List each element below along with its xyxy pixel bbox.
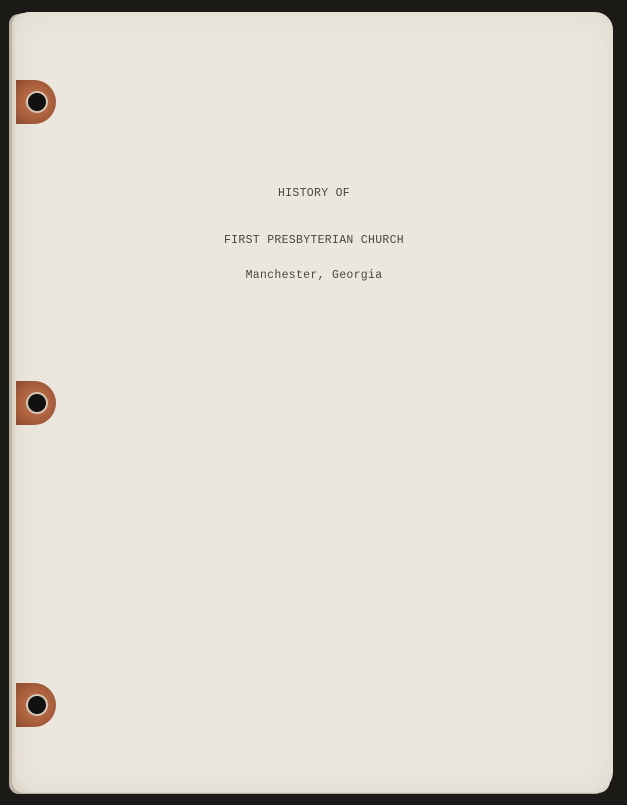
- grommet-hole-icon: [28, 394, 46, 412]
- grommet-hole-icon: [28, 93, 46, 111]
- location: Manchester, Georgia: [15, 269, 613, 282]
- church-name: FIRST PRESBYTERIAN CHURCH: [15, 234, 613, 247]
- grommet-hole-icon: [28, 696, 46, 714]
- title-heading: HISTORY OF: [15, 187, 613, 200]
- document-page: [15, 12, 613, 792]
